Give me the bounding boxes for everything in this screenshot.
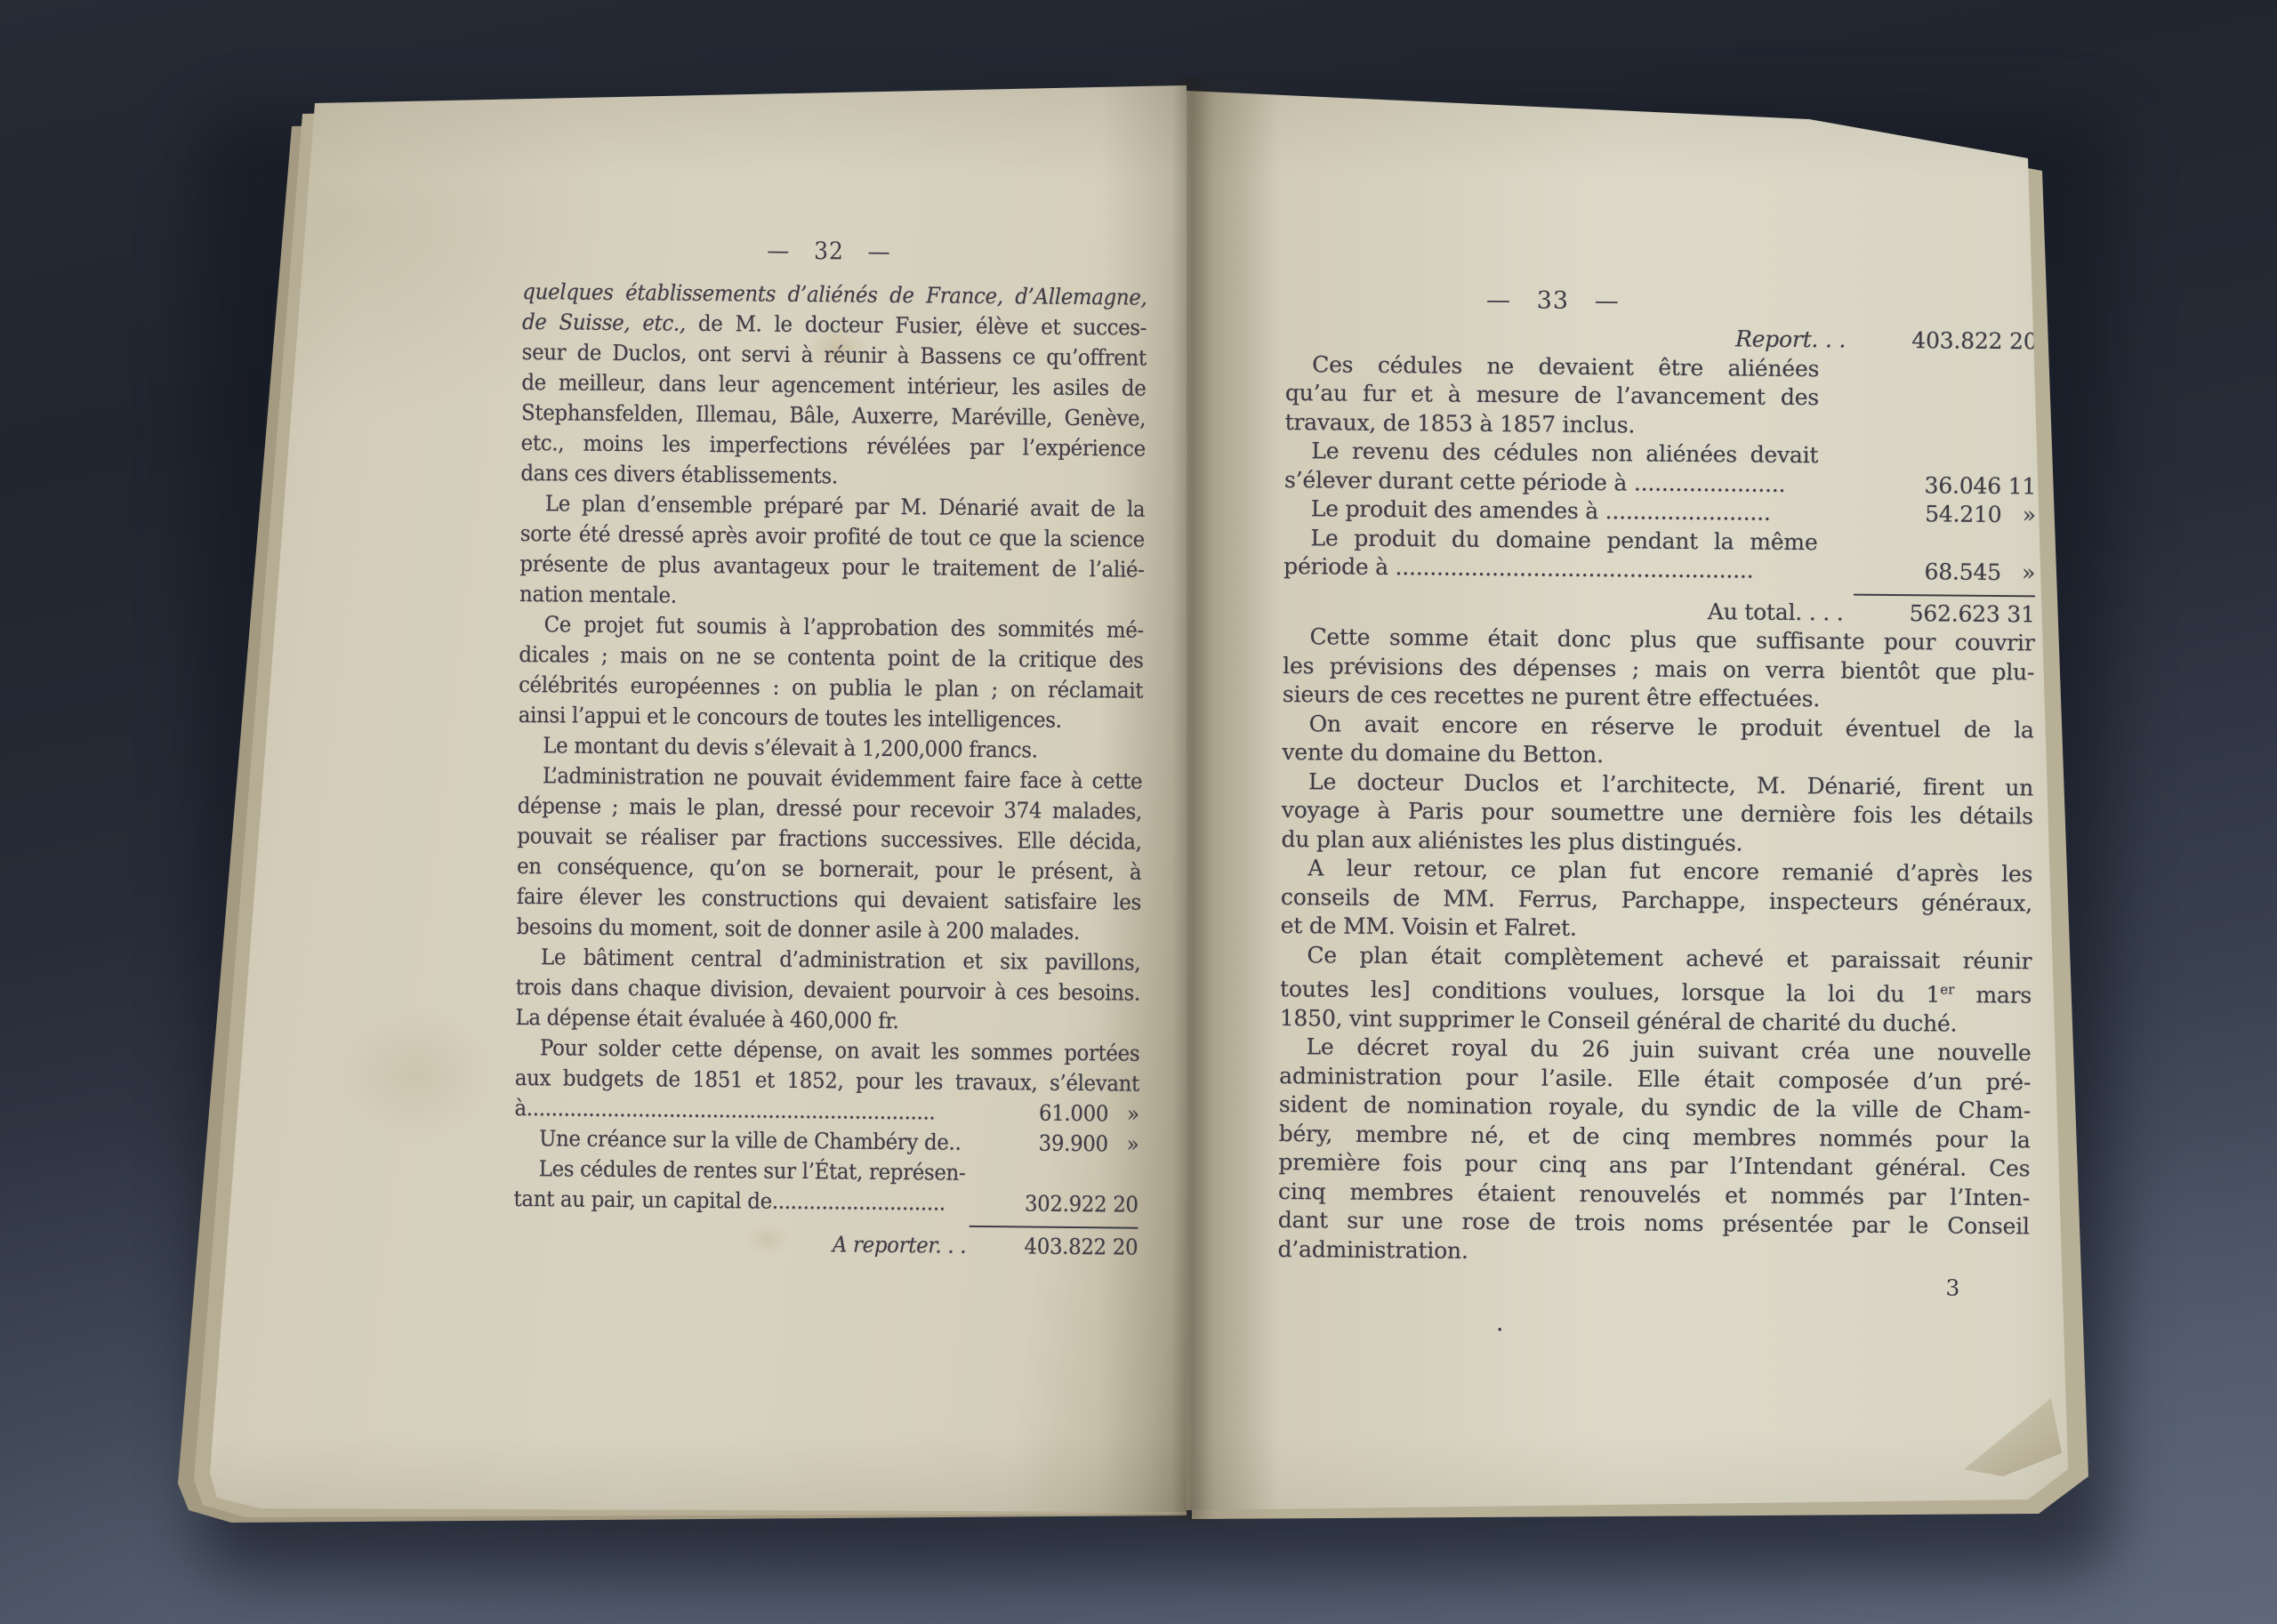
paper-stain xyxy=(310,985,523,1163)
open-book: — 32 — quelques établissements d’aliénés… xyxy=(203,78,2097,1521)
text-line: travaux, de 1853 à 1857 inclus. xyxy=(1285,407,1819,441)
corner-fold xyxy=(1964,1398,2067,1476)
page-32-lines: quelques établissements d’aliénés de Fra… xyxy=(513,277,1147,1263)
sum-rule xyxy=(1854,593,2035,597)
page-right: — 33 — Report. . . 403.822 20Ces cédules… xyxy=(1187,78,2097,1521)
text-line: Les cédules de rentes sur l’État, représ… xyxy=(514,1154,921,1187)
page-number-heading-32: — 32 — xyxy=(523,235,1135,269)
footer-dot: . xyxy=(1496,1318,2029,1331)
ledger-line: période à ..............................… xyxy=(1283,552,2035,588)
text-line: Ces cédules ne devaient être aliénées xyxy=(1285,350,1819,383)
ledger-line: tant au pair, un capital de.............… xyxy=(513,1184,1138,1220)
text-line: qu’au fur et à mesure de l’avancement de… xyxy=(1285,379,1819,413)
photo-backdrop: — 32 — quelques établissements d’aliénés… xyxy=(0,0,2277,1624)
page-33-lines: Report. . . 403.822 20Ces cédules ne dev… xyxy=(1277,321,2037,1271)
text-line: Le produit du domaine pendant la même xyxy=(1283,523,1817,557)
text-line: Le revenu des cédules non aliénées devai… xyxy=(1284,437,1818,470)
page-33-text: — 33 — Report. . . 403.822 20Ces cédules… xyxy=(1277,285,2038,1332)
sum-rule xyxy=(970,1226,1138,1229)
page-number-heading-33: — 33 — xyxy=(1286,285,1820,317)
page-left: — 32 — quelques établissements d’aliénés… xyxy=(203,78,1187,1521)
total-line: A reporter. . . 403.822 20 xyxy=(513,1226,1138,1263)
signature-mark: 3 xyxy=(1277,1269,2029,1301)
page-32-text: — 32 — quelques établissements d’aliénés… xyxy=(513,235,1147,1263)
